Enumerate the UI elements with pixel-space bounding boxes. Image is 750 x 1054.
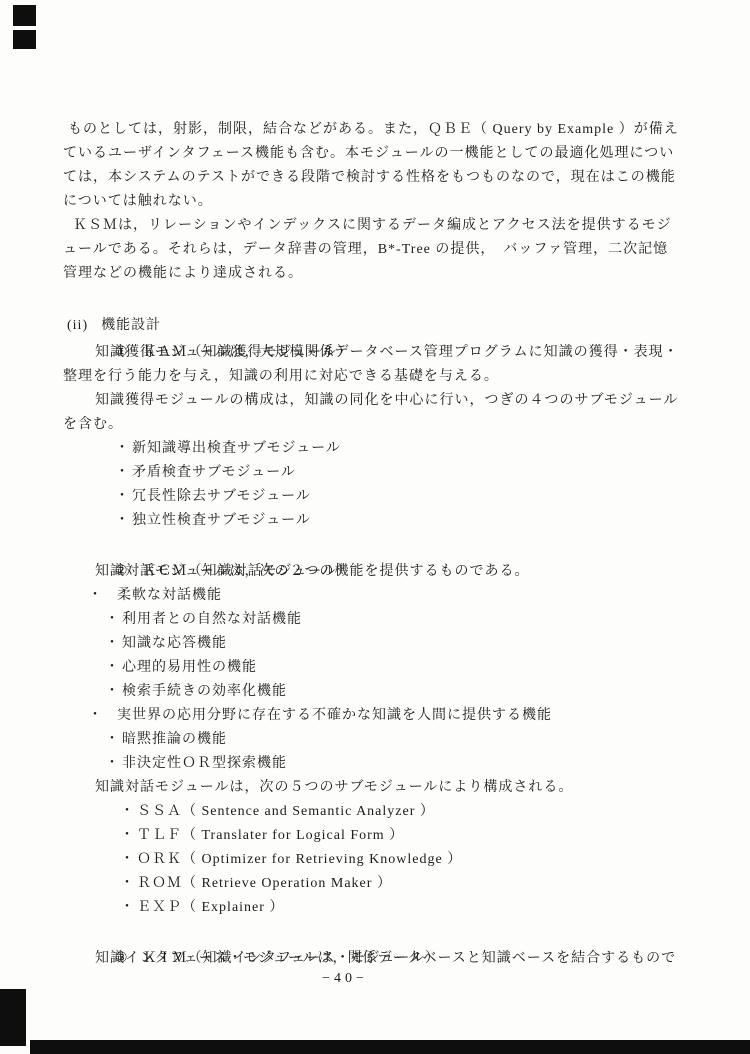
list-item-label: ＲＯＭ（ Retrieve Operation Maker ）	[137, 876, 392, 891]
list-item-label: ＥＸＰ（ Explainer ）	[137, 900, 284, 915]
section-title: 機能設計	[101, 318, 161, 333]
list-item: ・検索手続きの効率化機能	[63, 680, 694, 704]
list-item-label: 知識な応答機能	[122, 636, 227, 651]
list-item-label: 暗黙推論の機能	[122, 732, 227, 747]
paragraph-line: ュールである。それらは，データ辞書の管理，B*-Tree の提供， バッファ管理…	[63, 238, 694, 262]
paragraph-line: を含む。	[63, 413, 694, 437]
bullet-icon: ・	[105, 660, 120, 675]
list-item: ・ＲＯＭ（ Retrieve Operation Maker ）	[63, 872, 694, 896]
feature-group-label: 柔軟な対話機能	[117, 588, 222, 603]
list-item: ・ＴＬＦ（ Translater for Logical Form ）	[63, 824, 694, 848]
page-number: −40−	[0, 971, 690, 987]
list-item-label: 独立性検査サブモジュール	[132, 513, 311, 528]
list-item-label: 冗長性除去サブモジュール	[132, 489, 311, 504]
scan-artifact-bottom-left	[0, 989, 26, 1046]
paragraph-line: 知識対話モジュールは，次の５つのサブモジュールにより構成される。	[63, 776, 694, 800]
paragraph-line: ているユーザインタフェース機能も含む。本モジュールの一機能としての最適化処理につ…	[63, 142, 694, 166]
paragraph-line: ＫＳＭは，リレーションやインデックスに関するデータ編成とアクセス法を提供するモジ	[63, 214, 694, 238]
list-item: ・独立性検査サブモジュール	[63, 509, 694, 533]
list-item-label: 新知識導出検査サブモジュール	[132, 441, 341, 456]
list-item-label: 検索手続きの効率化機能	[122, 684, 287, 699]
bullet-icon: ・	[105, 612, 120, 627]
list-item: ・ＥＸＰ（ Explainer ）	[63, 896, 694, 920]
list-item: ・暗黙推論の機能	[63, 728, 694, 752]
list-item-label: 非決定性ＯＲ型探索機能	[122, 756, 287, 771]
feature-group-label: 実世界の応用分野に存在する不確かな知識を人間に提供する機能	[117, 708, 552, 723]
list-item: ・心理的易用性の機能	[63, 656, 694, 680]
list-item: ・ＳＳＡ（ Sentence and Semantic Analyzer ）	[63, 800, 694, 824]
bullet-icon: ・	[105, 684, 120, 699]
bullet-icon: ・	[120, 900, 135, 915]
bullet-icon: ・	[115, 441, 130, 456]
list-item: ・利用者との自然な対話機能	[63, 608, 694, 632]
list-item-label: 心理的易用性の機能	[122, 660, 257, 675]
paragraph-line: ものとしては，射影，制限，結合などがある。また，ＱＢＥ（ Query by Ex…	[63, 118, 694, 142]
section-label: (ii)	[67, 318, 88, 333]
bullet-icon: ・	[120, 852, 135, 867]
list-item: ・新知識導出検査サブモジュール	[63, 437, 694, 461]
document-body: ものとしては，射影，制限，結合などがある。また，ＱＢＥ（ Query by Ex…	[63, 118, 694, 971]
bullet-icon: ・	[105, 636, 120, 651]
section-heading: (ii)機能設計	[40, 290, 694, 314]
paragraph-line: 知識インタフェース・モジュールは，関係データベースと知識ベースを結合するもので	[63, 947, 694, 971]
list-item: ・非決定性ＯＲ型探索機能	[63, 752, 694, 776]
scan-artifact-bottom-bar	[30, 1040, 750, 1054]
list-item-label: ＳＳＡ（ Sentence and Semantic Analyzer ）	[137, 804, 435, 819]
feature-group: ・実世界の応用分野に存在する不確かな知識を人間に提供する機能	[63, 704, 694, 728]
list-item-label: ＴＬＦ（ Translater for Logical Form ）	[137, 828, 404, 843]
paragraph-line: 知識対話モジュールは，次の２つの機能を提供するものである。	[63, 560, 694, 584]
bullet-icon: ・	[120, 828, 135, 843]
bullet-icon: ・	[105, 756, 120, 771]
list-item-label: 矛盾検査サブモジュール	[132, 465, 296, 480]
list-item: ・知識な応答機能	[63, 632, 694, 656]
list-item: ・冗長性除去サブモジュール	[63, 485, 694, 509]
bullet-icon: ・	[88, 588, 103, 603]
list-item: ・矛盾検査サブモジュール	[63, 461, 694, 485]
paragraph-line: 整理を行う能力を与え，知識の利用に対応できる基礎を与える。	[63, 365, 694, 389]
list-item: ・ＯＲＫ（ Optimizer for Retrieving Knowledge…	[63, 848, 694, 872]
module-heading-kcm: ②ＫＣＭ（知識対話モジュール）	[63, 536, 694, 560]
paragraph-line: 知識獲得モジュールは，大規模関係データベース管理プログラムに知識の獲得・表現・	[63, 341, 694, 365]
list-item-label: ＯＲＫ（ Optimizer for Retrieving Knowledge …	[137, 852, 462, 867]
bullet-icon: ・	[120, 804, 135, 819]
scan-artifact-top-left-1	[13, 5, 36, 26]
list-item-label: 利用者との自然な対話機能	[122, 612, 302, 627]
scanned-document-page: ものとしては，射影，制限，結合などがある。また，ＱＢＥ（ Query by Ex…	[0, 0, 750, 1054]
scan-artifact-top-left-2	[13, 30, 36, 49]
bullet-icon: ・	[88, 708, 103, 723]
paragraph-line: 知識獲得モジュールの構成は，知識の同化を中心に行い，つぎの４つのサブモジュール	[63, 389, 694, 413]
bullet-icon: ・	[105, 732, 120, 747]
bullet-icon: ・	[115, 513, 130, 528]
bullet-icon: ・	[115, 489, 130, 504]
module-heading-kim: ③ＫＩＭ（知識インタフェース・モジュール）	[63, 923, 694, 947]
bullet-icon: ・	[120, 876, 135, 891]
paragraph-line: ては，本システムのテストができる段階で検討する性格をもつものなので，現在はこの機…	[63, 166, 694, 190]
feature-group: ・柔軟な対話機能	[63, 584, 694, 608]
paragraph-line: 管理などの機能により達成される。	[63, 262, 694, 286]
paragraph-line: については触れない。	[63, 190, 694, 214]
bullet-icon: ・	[115, 465, 130, 480]
